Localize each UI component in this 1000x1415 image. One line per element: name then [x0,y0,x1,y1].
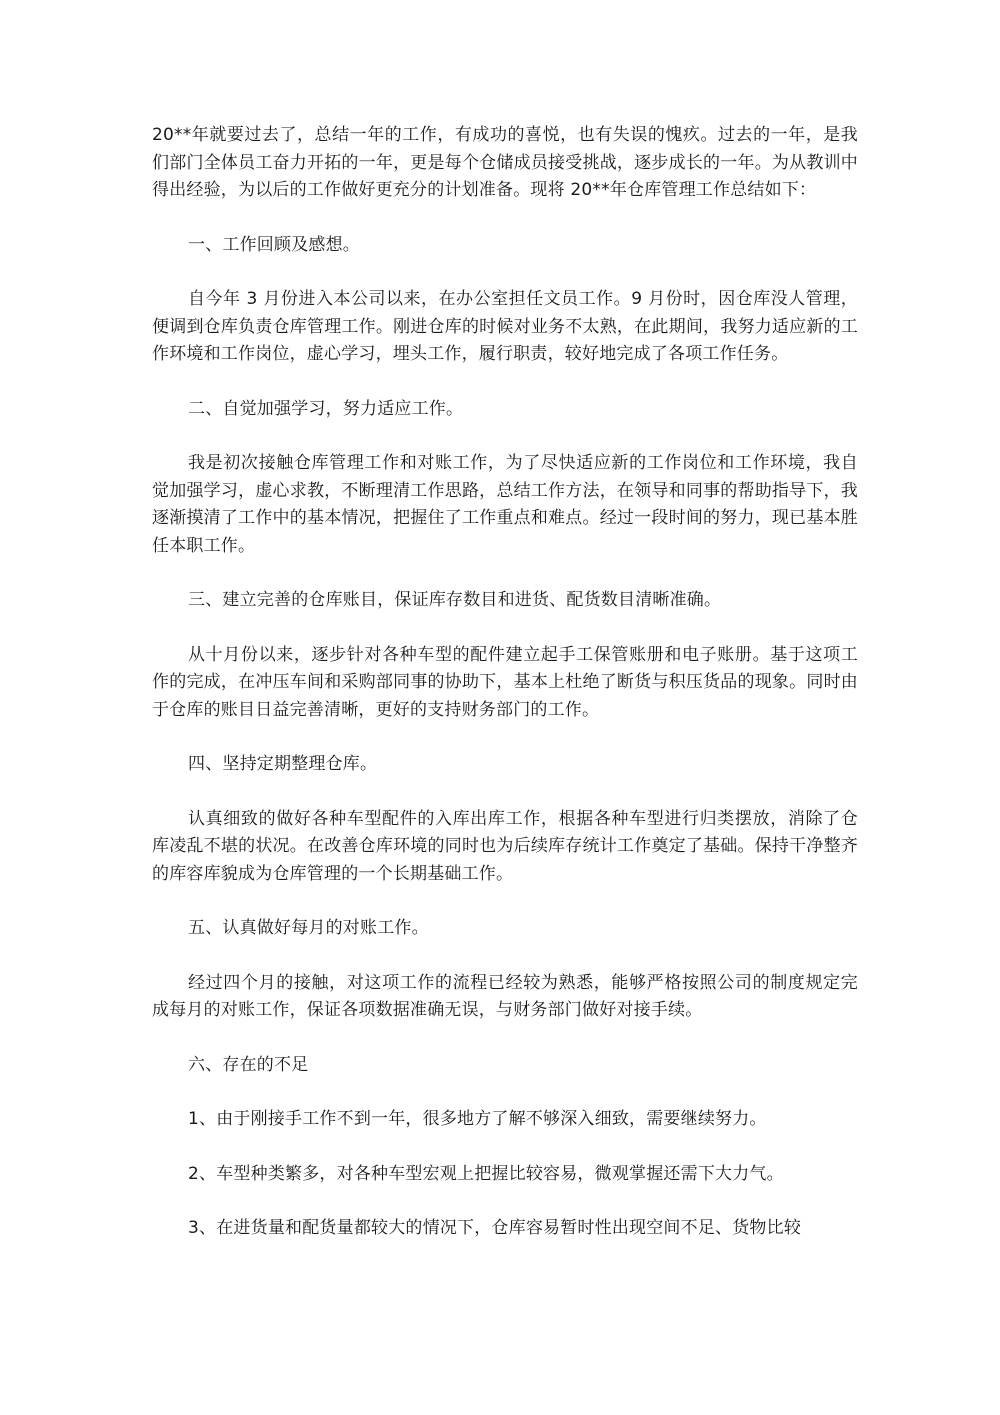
spacer [152,615,858,642]
section-body-4: 认真细致的做好各种车型配件的入库出库工作，根据各种车型进行归类摆放，消除了仓库凌… [152,806,858,889]
section-heading-5: 五、认真做好每月的对账工作。 [152,915,858,943]
spacer [152,423,858,450]
spacer [152,369,858,396]
section-heading-1: 一、工作回顾及感想。 [152,232,858,260]
spacer [152,1134,858,1161]
spacer [152,259,858,286]
spacer [152,779,858,806]
section-body-2: 我是初次接触仓库管理工作和对账工作，为了尽快适应新的工作岗位和工作环境，我自觉加… [152,450,858,560]
document-page: 20**年就要过去了，总结一年的工作，有成功的喜悦，也有失误的愧疚。过去的一年，… [152,122,858,1243]
spacer [152,1025,858,1052]
shortcoming-item-2: 2、车型种类繁多，对各种车型宏观上把握比较容易，微观掌握还需下大力气。 [152,1161,858,1189]
section-heading-4: 四、坚持定期整理仓库。 [152,751,858,779]
section-heading-3: 三、建立完善的仓库账目，保证库存数目和进货、配货数目清晰准确。 [152,587,858,615]
spacer [152,943,858,970]
shortcoming-item-1: 1、由于刚接手工作不到一年，很多地方了解不够深入细致，需要继续努力。 [152,1106,858,1134]
spacer [152,560,858,587]
spacer [152,1079,858,1106]
spacer [152,724,858,751]
section-body-5: 经过四个月的接触，对这项工作的流程已经较为熟悉，能够严格按照公司的制度规定完成每… [152,970,858,1025]
spacer [152,888,858,915]
section-body-3: 从十月份以来，逐步针对各种车型的配件建立起手工保管账册和电子账册。基于这项工作的… [152,642,858,725]
spacer [152,205,858,232]
section-heading-6: 六、存在的不足 [152,1052,858,1080]
shortcoming-item-3: 3、在进货量和配货量都较大的情况下，仓库容易暂时性出现空间不足、货物比较 [152,1215,858,1243]
spacer [152,1188,858,1215]
intro-paragraph: 20**年就要过去了，总结一年的工作，有成功的喜悦，也有失误的愧疚。过去的一年，… [152,122,858,205]
section-body-1: 自今年 3 月份进入本公司以来，在办公室担任文员工作。9 月份时，因仓库没人管理… [152,286,858,369]
section-heading-2: 二、自觉加强学习，努力适应工作。 [152,396,858,424]
